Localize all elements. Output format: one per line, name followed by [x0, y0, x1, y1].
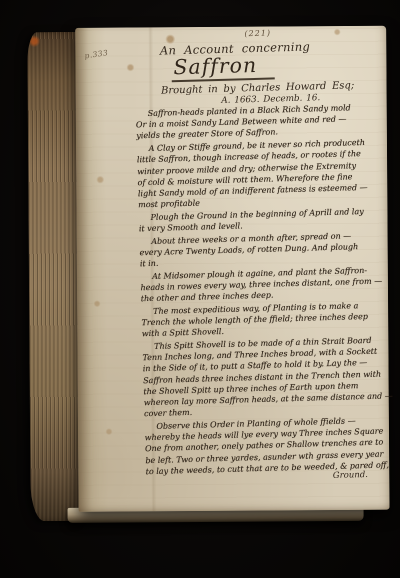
manuscript-paragraph: This Spitt Shovell is to be made of a th…: [142, 334, 392, 419]
manuscript-paragraph: Saffron-heads planted in a Black Rich Sa…: [136, 101, 385, 142]
manuscript-paragraph: The most expeditious way, of Planting is…: [141, 299, 390, 340]
manuscript-page: p.333 (221) An Account concerning Saffro…: [75, 26, 389, 512]
book: p.333 (221) An Account concerning Saffro…: [0, 0, 400, 578]
manuscript-paragraph: About three weeks or a month after, spre…: [139, 229, 388, 270]
photograph: p.333 (221) An Account concerning Saffro…: [0, 0, 400, 578]
book-fore-edge: [27, 32, 82, 521]
handwriting-layer: (221) An Account concerning Saffron Brou…: [73, 22, 397, 514]
manuscript-paragraph: At Midsomer plough it againe, and plant …: [140, 264, 389, 305]
manuscript-paragraph: A Clay or Stiffe ground, be it never so …: [137, 137, 387, 211]
catchword: Ground.: [333, 470, 368, 481]
manuscript-paragraph: Observe this Order in Planting of whole …: [144, 414, 393, 477]
title-saffron: Saffron: [171, 52, 275, 82]
folio-number: (221): [244, 29, 271, 39]
manuscript-body: Saffron-heads planted in a Black Rich Sa…: [136, 101, 394, 477]
